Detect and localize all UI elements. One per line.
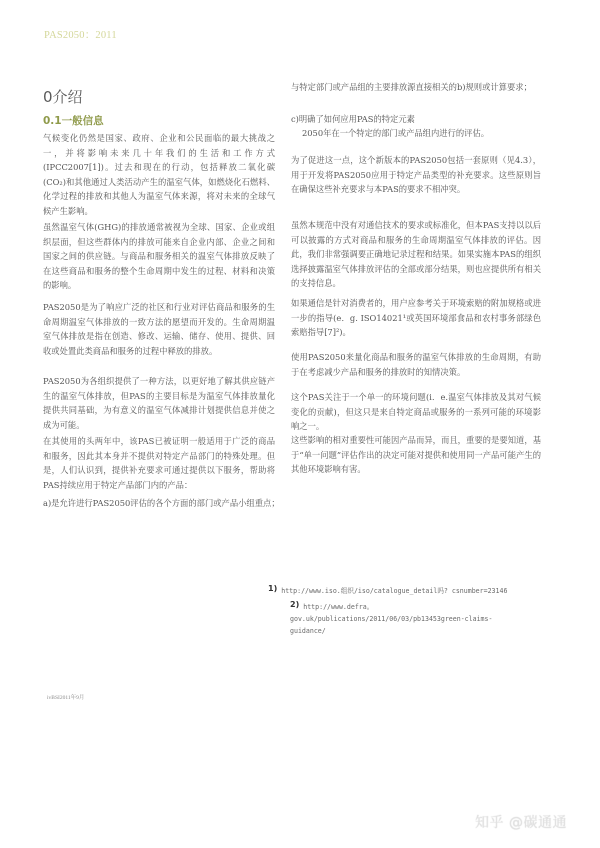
- paragraph-relative-importance: 这些影响的相对重要性可能因产品而异，而且，重要的是要知道，基于“单一问题”评估作…: [291, 433, 541, 477]
- paragraph-informed-decisions: 使用PAS2050来量化商品和服务的温室气体排放的生命周期，有助于在考虑减少产品…: [291, 350, 541, 379]
- footnotes: 1) http://www.iso.组织/iso/catalogue_detai…: [268, 583, 558, 637]
- paragraph-consumer-claims: 如果通信是针对消费者的，用户应参考关于环境索赔的附加规格或进一步的指导(e．g.…: [291, 296, 541, 340]
- footnote-2-link-line2[interactable]: gov.uk/publications/2011/06/03/pb13453gr…: [290, 613, 558, 625]
- paragraph-principles: 为了促进这一点，这个新版本的PAS2050包括一套原则（见4.3），用于开发将P…: [291, 153, 541, 197]
- paragraph-first-two-years: 在其使用的头两年中，该PAS已被证明一般适用于广泛的商品和服务，因此其本身并不提…: [43, 434, 275, 492]
- page-footer: ivBSI2011年9月: [47, 693, 84, 701]
- watermark: 知乎 @碳通通: [475, 812, 567, 832]
- footnote-1-link[interactable]: http://www.iso.组织/iso/catalogue_detail吗?…: [281, 587, 507, 595]
- footnote-2-link-line1[interactable]: http://www.defra。: [303, 603, 373, 611]
- footnote-1-number: 1): [268, 584, 277, 593]
- footnote-2-number: 2): [290, 600, 299, 609]
- paragraph-climate-change: 气候变化仍然是国家、政府、企业和公民面临的最大挑战之一，并将影响未来几十年我们的…: [43, 131, 275, 219]
- list-item-c-line2: 2050年在一个特定的部门或产品组内进行的评估。: [302, 126, 534, 141]
- footnote-1: 1) http://www.iso.组织/iso/catalogue_detai…: [268, 583, 558, 597]
- paragraph-ghg-emissions: 虽然温室气体(GHG)的排放通常被视为全球、国家、企业或组织层面，但这些群体内的…: [43, 220, 275, 293]
- footnote-2: 2) http://www.defra。 gov.uk/publications…: [268, 599, 558, 637]
- running-header: PAS2050：2011: [44, 27, 117, 42]
- footnote-2-link-line3[interactable]: guidance/: [290, 625, 558, 637]
- section-subtitle: 0.1一般信息: [43, 113, 104, 128]
- list-item-a: a)是允许进行PAS2050评估的各个方面的部门或产品小组重点；: [43, 496, 286, 511]
- section-title: 0介绍: [43, 86, 83, 107]
- paragraph-pas2050-origin: PAS2050是为了响应广泛的社区和行业对评估商品和服务的生命周期温室气体排放的…: [43, 300, 275, 358]
- paragraph-single-issue: 这个PAS关注于一个单一的环境问题(i．e.温室气体排放及其对气候变化的贡献)，…: [291, 390, 541, 434]
- list-item-c-line1: c)明确了如何应用PAS的特定元素: [291, 112, 533, 127]
- paragraph-pas2050-method: PAS2050为各组织提供了一种方法，以更好地了解其供应链产生的温室气体排放，但…: [43, 374, 275, 432]
- list-item-b: 与特定部门或产品组的主要排放源直接相关的b)规则或计算要求；: [291, 80, 544, 95]
- paragraph-communication: 虽然本规范中没有对通信技术的要求或标准化，但本PAS支持以以后可以披露的方式对商…: [291, 218, 541, 291]
